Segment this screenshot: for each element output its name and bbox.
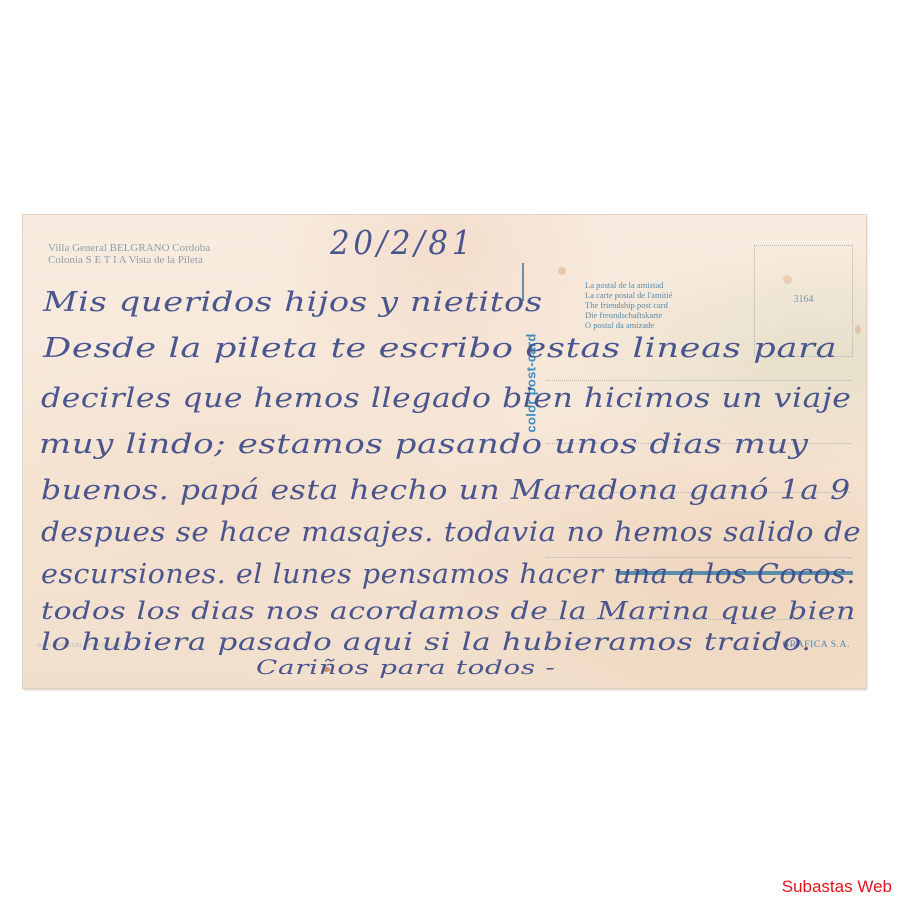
handwritten-line: decirles que hemos llegado bien hicimos …: [41, 383, 851, 414]
stage: Villa General BELGRANO Cordoba Colonia S…: [0, 0, 900, 900]
watermark: Subastas Web: [782, 877, 892, 897]
stain: [558, 267, 566, 275]
handwritten-line: buenos. papá esta hecho un Maradona ganó…: [41, 475, 851, 506]
caption-line-2: Colonia S E T I A Vista de la Pileta: [48, 254, 210, 266]
address-line: [546, 557, 851, 558]
friendship-text-block: La postal de la amistad La carte postal …: [585, 280, 672, 330]
printed-caption: Villa General BELGRANO Cordoba Colonia S…: [48, 242, 210, 266]
stamp-number: 3164: [755, 294, 852, 305]
address-line: [546, 380, 851, 381]
friendship-line: The friendship post card: [585, 300, 672, 310]
friendship-line: La carte postal de l'amitié: [585, 290, 672, 300]
handwritten-signoff: Cariños para todos -: [256, 655, 555, 679]
handwritten-line: todos los dias nos acordamos de la Marin…: [41, 597, 856, 625]
handwritten-line: Desde la pileta te escribo estas lineas …: [43, 333, 837, 364]
handwritten-line: Mis queridos hijos y nietitos: [43, 287, 543, 318]
friendship-line: La postal de la amistad: [585, 280, 672, 290]
handwritten-line: despues se hace masajes. todavia no hemo…: [41, 517, 861, 548]
handwritten-line: escursiones. el lunes pensamos hacer una…: [41, 559, 856, 590]
friendship-line: Die freundschaftskarte: [585, 310, 672, 320]
stain: [855, 325, 861, 334]
postcard-image: Villa General BELGRANO Cordoba Colonia S…: [23, 215, 866, 688]
caption-line-1: Villa General BELGRANO Cordoba: [48, 242, 210, 254]
handwritten-line: muy lindo; estamos pasando unos dias muy: [39, 429, 809, 460]
handwritten-date: 20/2/81: [330, 223, 475, 262]
handwritten-line: lo hubiera pasado aqui si la hubieramos …: [41, 628, 812, 656]
friendship-line: O postal da amizade: [585, 320, 672, 330]
